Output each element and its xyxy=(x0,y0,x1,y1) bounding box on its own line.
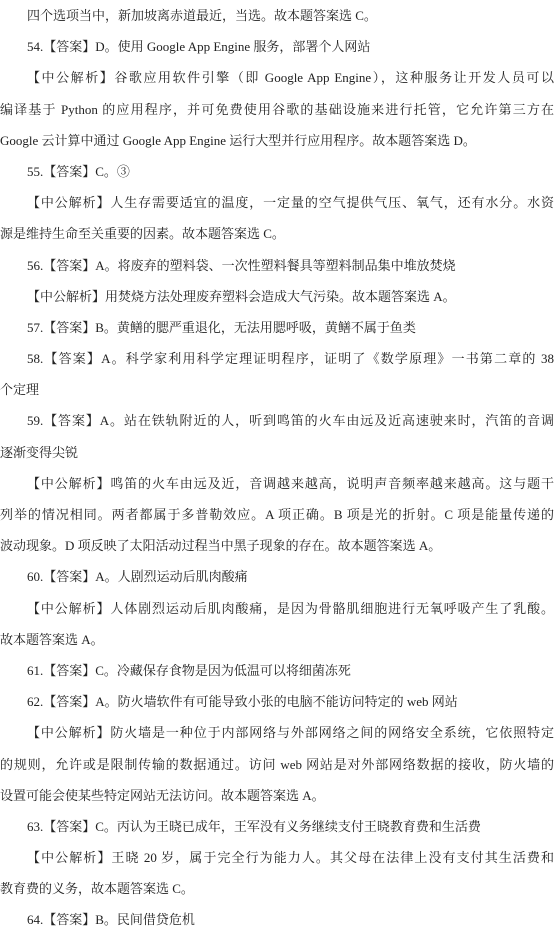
paragraph: 【中公解析】鸣笛的火车由远及近，音调越来越高，说明声音频率越来越高。这与题干列举… xyxy=(0,468,554,562)
text-line: 55.【答案】C。③ xyxy=(0,156,554,187)
paragraph: 【中公解析】人生存需要适宜的温度，一定量的空气提供气压、氧气，还有水分。水资源是… xyxy=(0,187,554,249)
paragraph: 60.【答案】A。人剧烈运动后肌肉酸痛 xyxy=(0,561,554,592)
paragraph: 【中公解析】谷歌应用软件引擎（即 Google App Engine），这种服务… xyxy=(0,62,554,156)
paragraph: 【中公解析】用焚烧方法处理废弃塑料会造成大气污染。故本题答案选 A。 xyxy=(0,281,554,312)
text-line: 【中公解析】人生存需要适宜的温度，一定量的空气提供气压、氧气，还有水分。水资 xyxy=(0,187,554,218)
text-line: 62.【答案】A。防火墙软件有可能导致小张的电脑不能访问特定的 web 网站 xyxy=(0,686,554,717)
text-line: 58.【答案】A。科学家利用科学定理证明程序，证明了《数学原理》一书第二章的 3… xyxy=(0,343,554,374)
text-line: 编译基于 Python 的应用程序，并可免费使用谷歌的基础设施来进行托管，它允许… xyxy=(0,94,554,125)
text-line: 四个选项当中，新加坡离赤道最近，当选。故本题答案选 C。 xyxy=(0,0,554,31)
paragraph: 58.【答案】A。科学家利用科学定理证明程序，证明了《数学原理》一书第二章的 3… xyxy=(0,343,554,405)
text-line: 61.【答案】C。冷藏保存食物是因为低温可以将细菌冻死 xyxy=(0,655,554,686)
paragraph: 【中公解析】人体剧烈运动后肌肉酸痛，是因为骨骼肌细胞进行无氧呼吸产生了乳酸。故本… xyxy=(0,593,554,655)
text-line: 54.【答案】D。使用 Google App Engine 服务，部署个人网站 xyxy=(0,31,554,62)
text-line: 63.【答案】C。丙认为王晓已成年，王军没有义务继续支付王晓教育费和生活费 xyxy=(0,811,554,842)
text-line: 列举的情况相同。两者都属于多普勒效应。A 项正确。B 项是光的折射。C 项是能量… xyxy=(0,499,554,530)
paragraph: 64.【答案】B。民间借贷危机 xyxy=(0,904,554,935)
text-line: 的规则，允许或是限制传输的数据通过。访问 web 网站是对外部网络数据的接收，防… xyxy=(0,749,554,780)
text-line: 【中公解析】防火墙是一种位于内部网络与外部网络之间的网络安全系统，它依照特定 xyxy=(0,717,554,748)
text-line: 64.【答案】B。民间借贷危机 xyxy=(0,904,554,935)
text-line: 60.【答案】A。人剧烈运动后肌肉酸痛 xyxy=(0,561,554,592)
document-page: 四个选项当中，新加坡离赤道最近，当选。故本题答案选 C。54.【答案】D。使用 … xyxy=(0,0,554,936)
paragraph: 54.【答案】D。使用 Google App Engine 服务，部署个人网站 xyxy=(0,31,554,62)
text-line: 【中公解析】鸣笛的火车由远及近，音调越来越高，说明声音频率越来越高。这与题干 xyxy=(0,468,554,499)
text-line: 波动现象。D 项反映了太阳活动过程当中黑子现象的存在。故本题答案选 A。 xyxy=(0,530,554,561)
text-line: 57.【答案】B。黄鳝的腮严重退化，无法用腮呼吸，黄鳝不属于鱼类 xyxy=(0,312,554,343)
paragraph: 63.【答案】C。丙认为王晓已成年，王军没有义务继续支付王晓教育费和生活费 xyxy=(0,811,554,842)
paragraph: 57.【答案】B。黄鳝的腮严重退化，无法用腮呼吸，黄鳝不属于鱼类 xyxy=(0,312,554,343)
text-line: 59.【答案】A。站在铁轨附近的人，听到鸣笛的火车由远及近高速驶来时，汽笛的音调 xyxy=(0,405,554,436)
text-line: 个定理 xyxy=(0,374,554,405)
paragraph: 56.【答案】A。将废弃的塑料袋、一次性塑料餐具等塑料制品集中堆放焚烧 xyxy=(0,250,554,281)
text-line: 教育费的义务，故本题答案选 C。 xyxy=(0,873,554,904)
paragraph: 59.【答案】A。站在铁轨附近的人，听到鸣笛的火车由远及近高速驶来时，汽笛的音调… xyxy=(0,405,554,467)
text-line: 源是维持生命至关重要的因素。故本题答案选 C。 xyxy=(0,218,554,249)
paragraph: 【中公解析】王晓 20 岁，属于完全行为能力人。其父母在法律上没有支付其生活费和… xyxy=(0,842,554,904)
paragraph: 四个选项当中，新加坡离赤道最近，当选。故本题答案选 C。 xyxy=(0,0,554,31)
text-line: Google 云计算中通过 Google App Engine 运行大型并行应用… xyxy=(0,125,554,156)
paragraph: 【中公解析】防火墙是一种位于内部网络与外部网络之间的网络安全系统，它依照特定的规… xyxy=(0,717,554,811)
paragraph: 61.【答案】C。冷藏保存食物是因为低温可以将细菌冻死 xyxy=(0,655,554,686)
text-line: 逐渐变得尖锐 xyxy=(0,437,554,468)
text-line: 56.【答案】A。将废弃的塑料袋、一次性塑料餐具等塑料制品集中堆放焚烧 xyxy=(0,250,554,281)
paragraph: 55.【答案】C。③ xyxy=(0,156,554,187)
text-line: 【中公解析】王晓 20 岁，属于完全行为能力人。其父母在法律上没有支付其生活费和 xyxy=(0,842,554,873)
text-line: 故本题答案选 A。 xyxy=(0,624,554,655)
paragraph: 62.【答案】A。防火墙软件有可能导致小张的电脑不能访问特定的 web 网站 xyxy=(0,686,554,717)
text-line: 【中公解析】谷歌应用软件引擎（即 Google App Engine），这种服务… xyxy=(0,62,554,93)
text-line: 【中公解析】人体剧烈运动后肌肉酸痛，是因为骨骼肌细胞进行无氧呼吸产生了乳酸。 xyxy=(0,593,554,624)
text-line: 设置可能会使某些特定网站无法访问。故本题答案选 A。 xyxy=(0,780,554,811)
text-line: 【中公解析】用焚烧方法处理废弃塑料会造成大气污染。故本题答案选 A。 xyxy=(0,281,554,312)
